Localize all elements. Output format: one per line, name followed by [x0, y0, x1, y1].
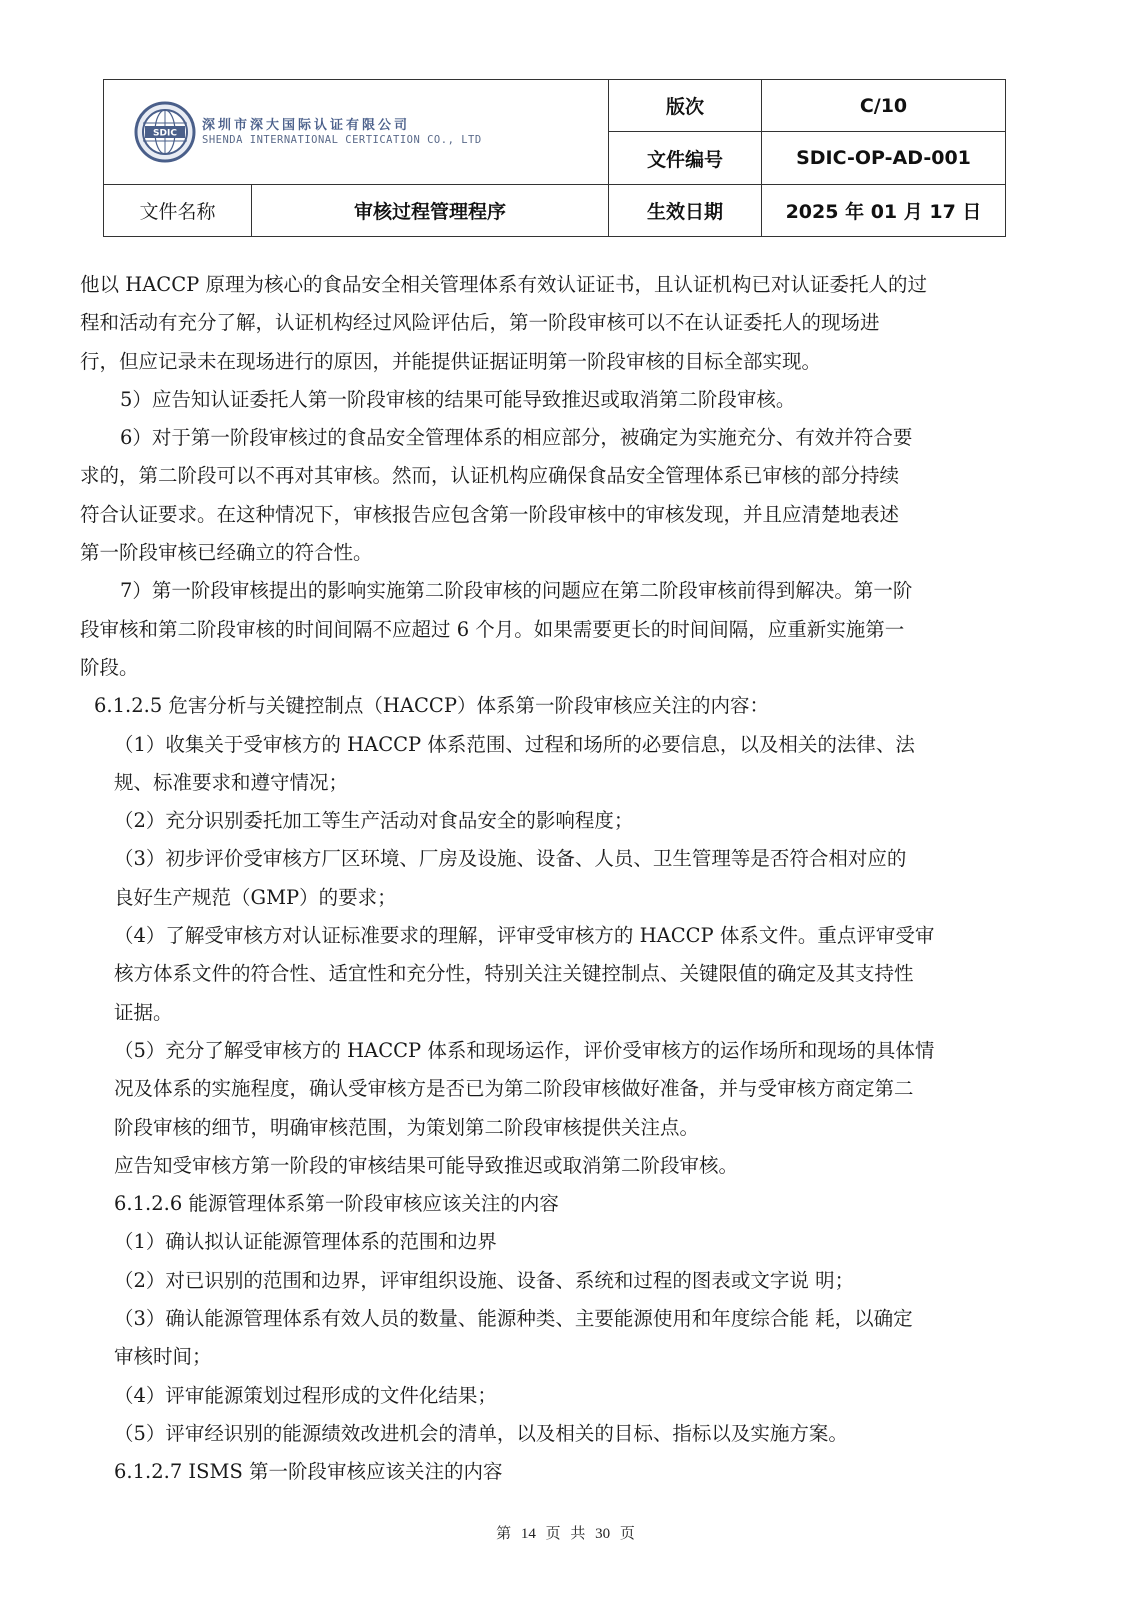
section-heading: 6.1.2.6 能源管理体系第一阶段审核应该关注的内容: [80, 1185, 1035, 1223]
effective-date-value: 2025 年 01 月 17 日: [762, 185, 1006, 237]
doc-name-value: 审核过程管理程序: [252, 185, 609, 237]
body-line: （1）收集关于受审核方的 HACCP 体系范围、过程和场所的必要信息，以及相关的…: [80, 726, 1035, 764]
body-line: （1）确认拟认证能源管理体系的范围和边界: [80, 1223, 1035, 1261]
company-name-en: SHENDA INTERNATIONAL CERTICATION CO., LT…: [202, 134, 482, 147]
body-line: 证据。: [80, 994, 1035, 1032]
body-line: 6）对于第一阶段审核过的食品安全管理体系的相应部分，被确定为实施充分、有效并符合…: [80, 419, 1035, 457]
body-line: 符合认证要求。在这种情况下，审核报告应包含第一阶段审核中的审核发现，并且应清楚地…: [80, 496, 1035, 534]
version-label: 版次: [609, 80, 762, 132]
body-line: （3）确认能源管理体系有效人员的数量、能源种类、主要能源使用和年度综合能 耗，以…: [80, 1300, 1035, 1338]
body-line: 阶段。: [80, 649, 1035, 687]
doc-number-value: SDIC-OP-AD-001: [762, 132, 1006, 185]
body-line: 审核时间；: [80, 1338, 1035, 1376]
doc-number-label: 文件编号: [609, 132, 762, 185]
body-line: （3）初步评价受审核方厂区环境、厂房及设施、设备、人员、卫生管理等是否符合相对应…: [80, 840, 1035, 878]
body-line: 应告知受审核方第一阶段的审核结果可能导致推迟或取消第二阶段审核。: [80, 1147, 1035, 1185]
company-name-cn: 深圳市深大国际认证有限公司: [202, 118, 482, 134]
company-logo-cell: SDIC 深圳市深大国际认证有限公司 SHENDA INTERNATIONAL …: [104, 80, 609, 185]
body-line: （2）对已识别的范围和边界，评审组织设施、设备、系统和过程的图表或文字说 明；: [80, 1262, 1035, 1300]
body-line: 他以 HACCP 原理为核心的食品安全相关管理体系有效认证证书，且认证机构已对认…: [80, 266, 1035, 304]
sdic-globe-logo-icon: SDIC: [134, 101, 196, 163]
body-line: （5）充分了解受审核方的 HACCP 体系和现场运作，评价受审核方的运作场所和现…: [80, 1032, 1035, 1070]
section-heading: 6.1.2.7 ISMS 第一阶段审核应该关注的内容: [80, 1453, 1035, 1491]
body-line: 行，但应记录未在现场进行的原因，并能提供证据证明第一阶段审核的目标全部实现。: [80, 343, 1035, 381]
body-line: （5）评审经识别的能源绩效改进机会的清单，以及相关的目标、指标以及实施方案。: [80, 1415, 1035, 1453]
version-value: C/10: [762, 80, 1006, 132]
body-line: 7）第一阶段审核提出的影响实施第二阶段审核的问题应在第二阶段审核前得到解决。第一…: [80, 572, 1035, 610]
body-line: 求的，第二阶段可以不再对其审核。然而，认证机构应确保食品安全管理体系已审核的部分…: [80, 457, 1035, 495]
body-line: 程和活动有充分了解，认证机构经过风险评估后，第一阶段审核可以不在认证委托人的现场…: [80, 304, 1035, 342]
doc-name-label: 文件名称: [104, 185, 252, 237]
page-number: 第 14 页 共 30 页: [0, 1522, 1131, 1543]
document-body: 他以 HACCP 原理为核心的食品安全相关管理体系有效认证证书，且认证机构已对认…: [80, 266, 1035, 1492]
body-line: 段审核和第二阶段审核的时间间隔不应超过 6 个月。如果需要更长的时间间隔，应重新…: [80, 611, 1035, 649]
body-line: 阶段审核的细节，明确审核范围，为策划第二阶段审核提供关注点。: [80, 1109, 1035, 1147]
body-line: 良好生产规范（GMP）的要求；: [80, 879, 1035, 917]
body-line: 5）应告知认证委托人第一阶段审核的结果可能导致推迟或取消第二阶段审核。: [80, 381, 1035, 419]
document-header-table: SDIC 深圳市深大国际认证有限公司 SHENDA INTERNATIONAL …: [103, 79, 1006, 237]
body-line: （4）了解受审核方对认证标准要求的理解，评审受审核方的 HACCP 体系文件。重…: [80, 917, 1035, 955]
body-line: 第一阶段审核已经确立的符合性。: [80, 534, 1035, 572]
body-line: 规、标准要求和遵守情况；: [80, 764, 1035, 802]
body-line: 核方体系文件的符合性、适宜性和充分性，特别关注关键控制点、关键限值的确定及其支持…: [80, 955, 1035, 993]
body-line: 况及体系的实施程度，确认受审核方是否已为第二阶段审核做好准备，并与受审核方商定第…: [80, 1070, 1035, 1108]
section-heading: 6.1.2.5 危害分析与关键控制点（HACCP）体系第一阶段审核应关注的内容：: [80, 687, 1035, 725]
svg-text:SDIC: SDIC: [153, 129, 177, 139]
body-line: （2）充分识别委托加工等生产活动对食品安全的影响程度；: [80, 802, 1035, 840]
effective-date-label: 生效日期: [609, 185, 762, 237]
body-line: （4）评审能源策划过程形成的文件化结果；: [80, 1377, 1035, 1415]
